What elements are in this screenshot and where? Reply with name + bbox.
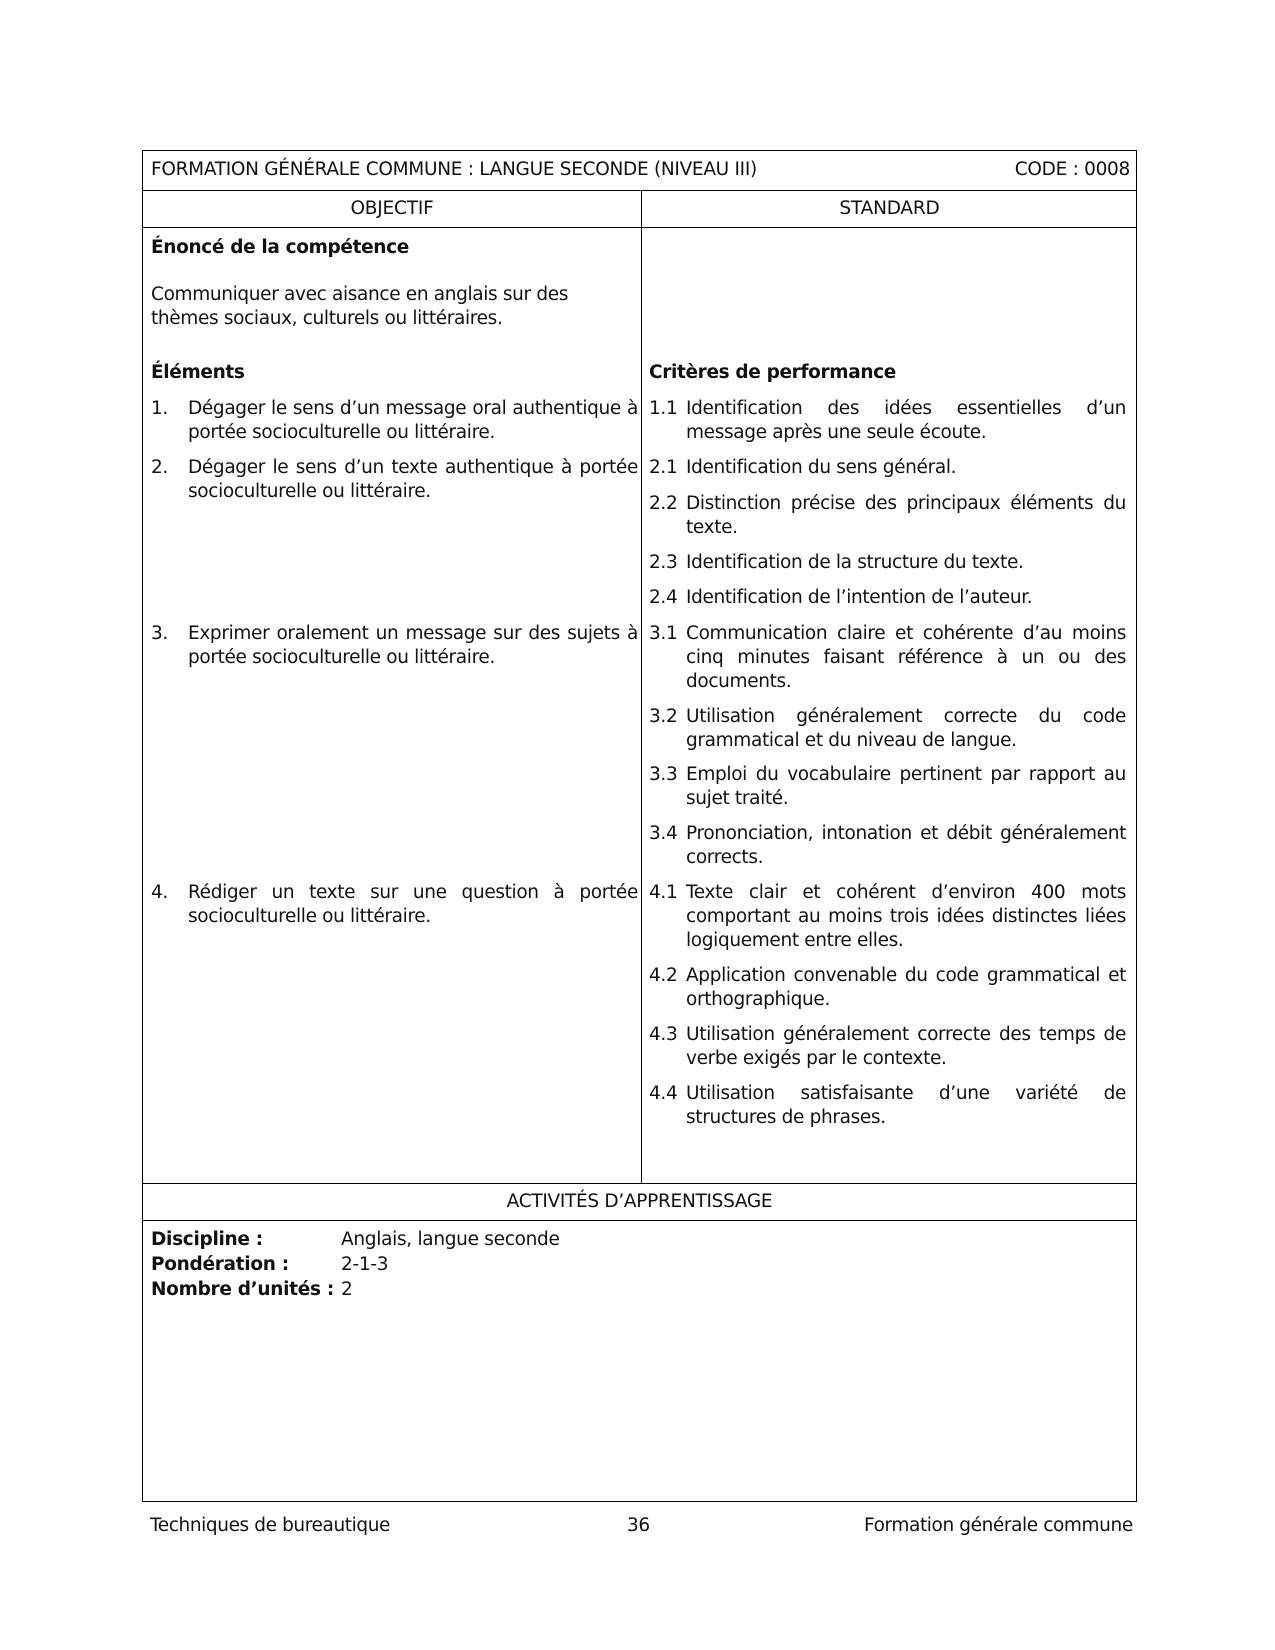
criterion-text: Utilisation satisfaisante d’une variété … (686, 1082, 1126, 1130)
criterion-text: Identification de la structure du texte. (686, 551, 1126, 575)
discipline-row: Discipline :Anglais, langue seconde (151, 1227, 560, 1252)
column-divider (641, 191, 642, 1183)
criterion-text: Communication claire et cohérente d’au m… (686, 622, 1126, 694)
ponderation-row: Pondération :2-1-3 (151, 1252, 388, 1277)
discipline-label: Discipline : (151, 1227, 341, 1252)
discipline-value: Anglais, langue seconde (341, 1229, 560, 1250)
title-row: FORMATION GÉNÉRALE COMMUNE : LANGUE SECO… (143, 151, 1136, 191)
criterion-text: Emploi du vocabulaire pertinent par rapp… (686, 763, 1126, 811)
document-title: FORMATION GÉNÉRALE COMMUNE : LANGUE SECO… (151, 159, 757, 180)
criterion-number: 2.2 (649, 492, 677, 516)
element-text: Rédiger un texte sur une question à port… (188, 881, 638, 929)
criterion-text: Distinction précise des principaux éléme… (686, 492, 1126, 540)
activities-heading: ACTIVITÉS D’APPRENTISSAGE (507, 1191, 773, 1212)
units-row: Nombre d’unités :2 (151, 1277, 352, 1302)
criterion-number: 3.4 (649, 822, 677, 846)
criterion-text: Prononciation, intonation et débit génér… (686, 822, 1126, 870)
element-number: 4. (151, 881, 168, 905)
footer-left: Techniques de bureautique (150, 1515, 390, 1536)
criterion-number: 4.1 (649, 881, 677, 905)
criterion-text: Texte clair et cohérent d’environ 400 mo… (686, 881, 1126, 953)
units-value: 2 (341, 1279, 352, 1300)
criterion-number: 3.3 (649, 763, 677, 787)
criterion-text: Application convenable du code grammatic… (686, 964, 1126, 1012)
course-code: CODE : 0008 (1015, 159, 1130, 180)
ponderation-value: 2-1-3 (341, 1254, 388, 1275)
criterion-number: 4.2 (649, 964, 677, 988)
criterion-text: Identification des idées essentielles d’… (686, 397, 1126, 445)
element-number: 3. (151, 622, 168, 646)
criterion-number: 1.1 (649, 397, 677, 421)
criterion-number: 2.4 (649, 586, 677, 610)
standard-header: STANDARD (642, 198, 1137, 219)
criterion-number: 4.4 (649, 1082, 677, 1106)
element-number: 1. (151, 397, 168, 421)
activities-header: ACTIVITÉS D’APPRENTISSAGE (143, 1183, 1136, 1221)
criterion-text: Identification du sens général. (686, 456, 1126, 480)
criterion-number: 2.3 (649, 551, 677, 575)
criterion-text: Utilisation généralement correcte des te… (686, 1023, 1126, 1071)
criterion-number: 2.1 (649, 456, 677, 480)
competence-text: Communiquer avec aisance en anglais sur … (151, 283, 591, 331)
criterion-text: Identification de l’intention de l’auteu… (686, 586, 1126, 610)
footer-right: Formation générale commune (864, 1515, 1133, 1536)
column-headers: OBJECTIF STANDARD (143, 191, 1136, 228)
element-text: Exprimer oralement un message sur des su… (188, 622, 638, 670)
criterion-number: 3.2 (649, 705, 677, 729)
element-text: Dégager le sens d’un message oral authen… (188, 397, 638, 445)
criterion-number: 4.3 (649, 1023, 677, 1047)
competency-table: FORMATION GÉNÉRALE COMMUNE : LANGUE SECO… (142, 150, 1137, 1502)
criterion-text: Utilisation généralement correcte du cod… (686, 705, 1126, 753)
page-number: 36 (627, 1515, 650, 1536)
competence-heading: Énoncé de la compétence (151, 236, 409, 260)
criterion-number: 3.1 (649, 622, 677, 646)
objectif-header: OBJECTIF (143, 198, 641, 219)
units-label: Nombre d’unités : (151, 1277, 341, 1302)
ponderation-label: Pondération : (151, 1252, 341, 1277)
criteria-heading: Critères de performance (649, 361, 896, 385)
element-number: 2. (151, 456, 168, 480)
element-text: Dégager le sens d’un texte authentique à… (188, 456, 638, 504)
elements-heading: Éléments (151, 361, 245, 385)
